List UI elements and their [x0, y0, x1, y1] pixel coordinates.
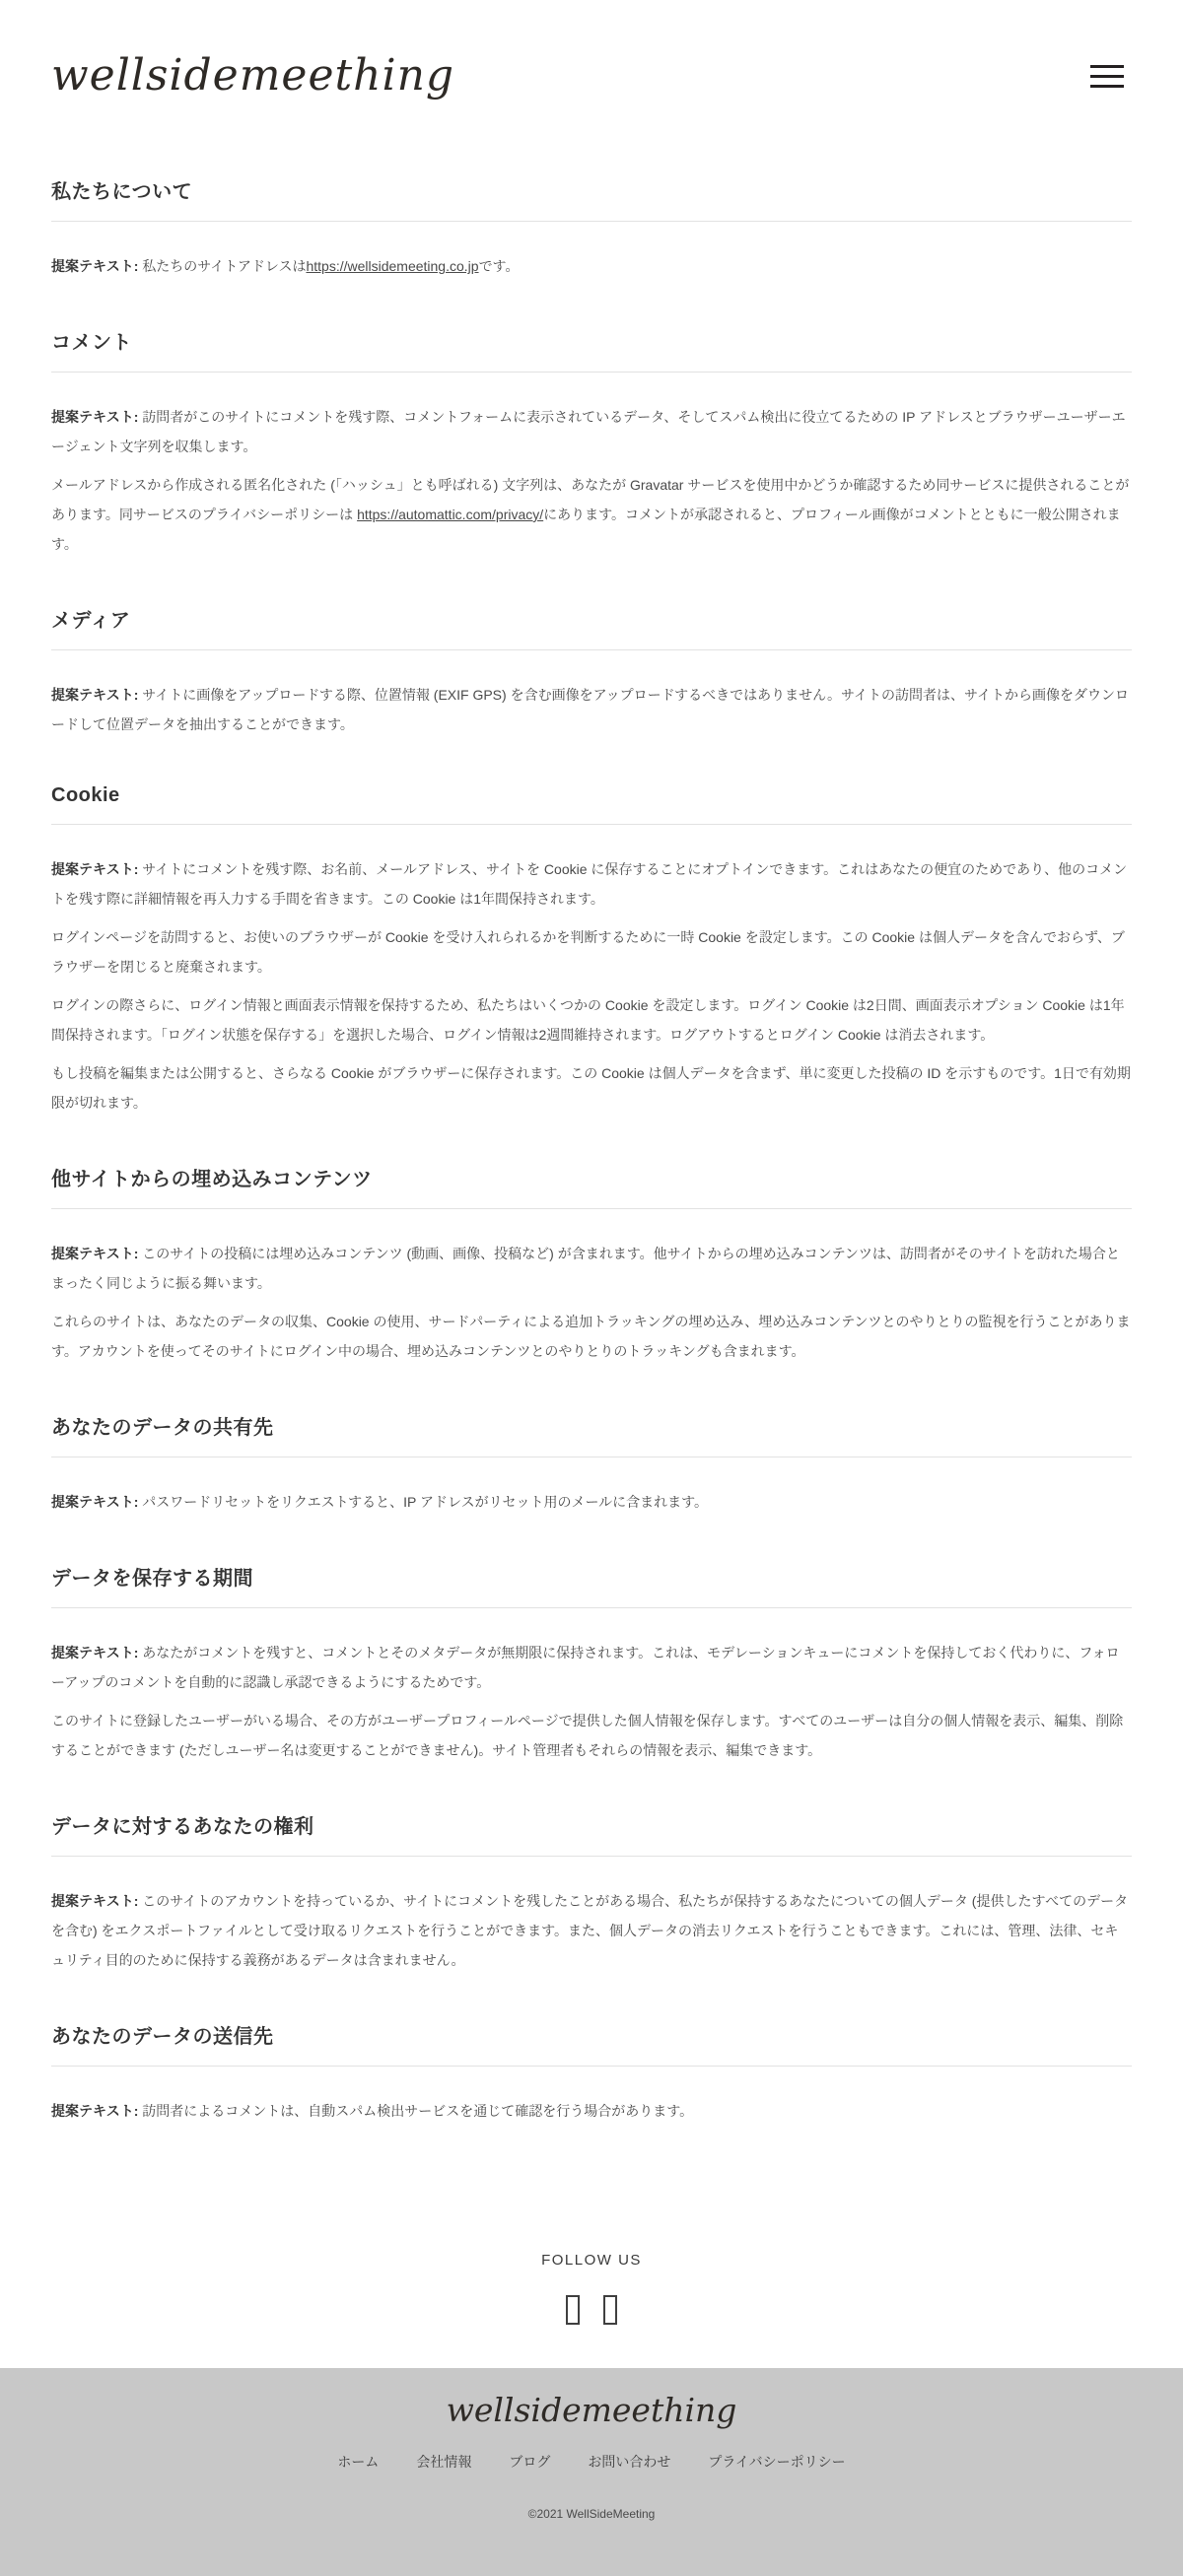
section-divider — [51, 649, 1132, 650]
section-paragraph: ログインページを訪問すると、お使いのブラウザーが Cookie を受け入れられる… — [51, 922, 1132, 982]
suggested-text-label: 提案テキスト: — [51, 1246, 138, 1261]
paragraph-text-after-link: です。 — [479, 258, 520, 274]
suggested-text-label: 提案テキスト: — [51, 687, 138, 703]
policy-section: データに対するあなたの権利提案テキスト: このサイトのアカウントを持っているか、… — [51, 1810, 1132, 1975]
section-paragraph: 提案テキスト: 私たちのサイトアドレスはhttps://wellsidemeet… — [51, 251, 1132, 281]
footer-nav-contact[interactable]: お問い合わせ — [588, 2452, 670, 2472]
suggested-text-label: 提案テキスト: — [51, 1494, 138, 1510]
suggested-text-label: 提案テキスト: — [51, 258, 138, 274]
policy-section: 他サイトからの埋め込みコンテンツ提案テキスト: このサイトの投稿には埋め込みコン… — [51, 1163, 1132, 1366]
footer-nav-privacy-policy[interactable]: プライバシーポリシー — [708, 2452, 845, 2472]
site-logo[interactable]: wellsidemeething — [51, 54, 454, 98]
social-icons-row — [51, 2295, 1132, 2368]
footer-nav: ホーム 会社情報 ブログ お問い合わせ プライバシーポリシー — [0, 2452, 1183, 2472]
social-icon-placeholder-1[interactable] — [566, 2295, 580, 2325]
section-paragraph: 提案テキスト: 訪問者がこのサイトにコメントを残す際、コメントフォームに表示され… — [51, 402, 1132, 461]
section-heading: コメント — [51, 326, 1132, 355]
paragraph-text: パスワードリセットをリクエストすると、IP アドレスがリセット用のメールに含まれ… — [138, 1494, 708, 1510]
section-heading: あなたのデータの送信先 — [51, 2020, 1132, 2049]
section-divider — [51, 1607, 1132, 1608]
section-heading: メディア — [51, 604, 1132, 633]
section-paragraph: メールアドレスから作成される匿名化された (「ハッシュ」とも呼ばれる) 文字列は… — [51, 470, 1132, 559]
section-paragraph: これらのサイトは、あなたのデータの収集、Cookie の使用、サードパーティによ… — [51, 1307, 1132, 1366]
paragraph-text: このサイトのアカウントを持っているか、サイトにコメントを残したことがある場合、私… — [51, 1893, 1128, 1968]
paragraph-text: このサイトの投稿には埋め込みコンテンツ (動画、画像、投稿など) が含まれます。… — [51, 1246, 1120, 1291]
hamburger-menu-icon[interactable] — [1090, 65, 1124, 88]
paragraph-text: 訪問者がこのサイトにコメントを残す際、コメントフォームに表示されているデータ、そ… — [51, 409, 1126, 454]
paragraph-text: これらのサイトは、あなたのデータの収集、Cookie の使用、サードパーティによ… — [51, 1314, 1131, 1359]
footer-logo[interactable]: wellsidemeething — [447, 2394, 737, 2426]
suggested-text-label: 提案テキスト: — [51, 861, 138, 877]
section-heading: 他サイトからの埋め込みコンテンツ — [51, 1163, 1132, 1191]
section-paragraph: もし投稿を編集または公開すると、さらなる Cookie がブラウザーに保存されま… — [51, 1058, 1132, 1118]
paragraph-text: 訪問者によるコメントは、自動スパム検出サービスを通じて確認を行う場合があります。 — [138, 2103, 693, 2119]
footer-nav-company[interactable]: 会社情報 — [416, 2452, 471, 2472]
social-icon-placeholder-2[interactable] — [603, 2295, 617, 2325]
suggested-text-label: 提案テキスト: — [51, 1645, 138, 1661]
copyright-text: ©2021 WellSideMeeting — [0, 2507, 1183, 2521]
policy-section: コメント提案テキスト: 訪問者がこのサイトにコメントを残す際、コメントフォームに… — [51, 326, 1132, 559]
section-divider — [51, 2066, 1132, 2067]
footer-nav-home[interactable]: ホーム — [337, 2452, 379, 2472]
footer-nav-blog[interactable]: ブログ — [509, 2452, 550, 2472]
section-heading: Cookie — [51, 784, 1132, 807]
paragraph-text: サイトに画像をアップロードする際、位置情報 (EXIF GPS) を含む画像をア… — [51, 687, 1129, 732]
paragraph-text: 私たちのサイトアドレスは — [138, 258, 306, 274]
site-header: wellsidemeething — [51, 0, 1132, 130]
site-footer: wellsidemeething ホーム 会社情報 ブログ お問い合わせ プライ… — [0, 2368, 1183, 2576]
section-heading: あなたのデータの共有先 — [51, 1411, 1132, 1440]
policy-section: メディア提案テキスト: サイトに画像をアップロードする際、位置情報 (EXIF … — [51, 604, 1132, 739]
section-divider — [51, 1856, 1132, 1857]
section-paragraph: 提案テキスト: パスワードリセットをリクエストすると、IP アドレスがリセット用… — [51, 1487, 1132, 1517]
section-divider — [51, 824, 1132, 825]
section-paragraph: 提案テキスト: このサイトの投稿には埋め込みコンテンツ (動画、画像、投稿など)… — [51, 1239, 1132, 1298]
paragraph-text: あなたがコメントを残すと、コメントとそのメタデータが無期限に保持されます。これは… — [51, 1645, 1120, 1690]
paragraph-text: サイトにコメントを残す際、お名前、メールアドレス、サイトを Cookie に保存… — [51, 861, 1127, 907]
hamburger-bar — [1090, 65, 1124, 68]
inline-link[interactable]: https://wellsidemeeting.co.jp — [306, 258, 478, 274]
section-paragraph: 提案テキスト: サイトに画像をアップロードする際、位置情報 (EXIF GPS)… — [51, 680, 1132, 739]
section-divider — [51, 1208, 1132, 1209]
inline-link[interactable]: https://automattic.com/privacy/ — [357, 507, 543, 522]
section-divider — [51, 1457, 1132, 1457]
section-heading: 私たちについて — [51, 175, 1132, 204]
section-heading: データに対するあなたの権利 — [51, 1810, 1132, 1839]
paragraph-text: もし投稿を編集または公開すると、さらなる Cookie がブラウザーに保存されま… — [51, 1065, 1131, 1111]
section-paragraph: 提案テキスト: このサイトのアカウントを持っているか、サイトにコメントを残したこ… — [51, 1886, 1132, 1975]
section-paragraph: 提案テキスト: あなたがコメントを残すと、コメントとそのメタデータが無期限に保持… — [51, 1638, 1132, 1697]
policy-section: Cookie提案テキスト: サイトにコメントを残す際、お名前、メールアドレス、サ… — [51, 784, 1132, 1118]
section-paragraph: 提案テキスト: 訪問者によるコメントは、自動スパム検出サービスを通じて確認を行う… — [51, 2096, 1132, 2126]
follow-us-block: FOLLOW US — [51, 2252, 1132, 2368]
paragraph-text: ログインの際さらに、ログイン情報と画面表示情報を保持するため、私たちはいくつかの… — [51, 997, 1125, 1043]
suggested-text-label: 提案テキスト: — [51, 1893, 138, 1909]
policy-section: 私たちについて提案テキスト: 私たちのサイトアドレスはhttps://wells… — [51, 175, 1132, 281]
paragraph-text: ログインページを訪問すると、お使いのブラウザーが Cookie を受け入れられる… — [51, 929, 1125, 975]
section-heading: データを保存する期間 — [51, 1562, 1132, 1591]
follow-us-title: FOLLOW US — [51, 2252, 1132, 2269]
policy-section: データを保存する期間提案テキスト: あなたがコメントを残すと、コメントとそのメタ… — [51, 1562, 1132, 1765]
suggested-text-label: 提案テキスト: — [51, 409, 138, 425]
policy-sections: 私たちについて提案テキスト: 私たちのサイトアドレスはhttps://wells… — [51, 175, 1132, 2126]
privacy-policy-content: 私たちについて提案テキスト: 私たちのサイトアドレスはhttps://wells… — [51, 175, 1132, 2368]
paragraph-text: このサイトに登録したユーザーがいる場合、その方がユーザープロフィールページで提供… — [51, 1713, 1123, 1758]
section-paragraph: ログインの際さらに、ログイン情報と画面表示情報を保持するため、私たちはいくつかの… — [51, 990, 1132, 1050]
section-divider — [51, 372, 1132, 373]
suggested-text-label: 提案テキスト: — [51, 2103, 138, 2119]
policy-section: あなたのデータの共有先提案テキスト: パスワードリセットをリクエストすると、IP… — [51, 1411, 1132, 1517]
section-divider — [51, 221, 1132, 222]
policy-section: あなたのデータの送信先提案テキスト: 訪問者によるコメントは、自動スパム検出サー… — [51, 2020, 1132, 2126]
section-paragraph: このサイトに登録したユーザーがいる場合、その方がユーザープロフィールページで提供… — [51, 1706, 1132, 1765]
hamburger-bar — [1090, 85, 1124, 88]
hamburger-bar — [1090, 75, 1124, 78]
section-paragraph: 提案テキスト: サイトにコメントを残す際、お名前、メールアドレス、サイトを Co… — [51, 854, 1132, 914]
